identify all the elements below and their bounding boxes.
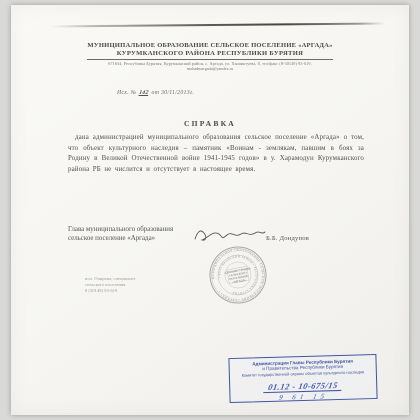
- executor-note: исп. Очирова, специалист сельского посел…: [85, 276, 136, 294]
- official-seal-stamp: МУНИЦИПАЛЬНОЕ ОБРАЗОВАНИЕ СЕЛЬСКОЕ ПОСЕЛ…: [202, 239, 274, 311]
- letterhead-divider: [87, 59, 333, 60]
- reference-number-line: Исх. № 142 от 30/11/2013г.: [117, 90, 194, 96]
- registration-date-handwritten: 9 61 15: [230, 391, 378, 403]
- signer-position-line2: сельское поселение «Аргада»: [68, 235, 173, 244]
- signer-name: Б.Б. Дондупов: [266, 235, 309, 242]
- ref-number-handwritten: 142: [138, 90, 151, 96]
- signature-block: Глава муниципального образования сельско…: [68, 226, 173, 243]
- ref-suffix: от 30/11/2013г.: [152, 90, 195, 96]
- registration-stamp-box: Администрация Главы Республики Бурятия и…: [228, 354, 377, 403]
- ref-prefix: Исх. №: [117, 90, 136, 96]
- registration-number-handwritten: 01.12 - 10-675/15: [263, 380, 343, 393]
- executor-line3: 8 (30149) 93-619: [85, 288, 136, 294]
- letterhead: МУНИЦИПАЛЬНОЕ ОБРАЗОВАНИЕ СЕЛЬСКОЕ ПОСЕЛ…: [11, 42, 409, 71]
- document-body-paragraph: дана администрацией муниципального образ…: [68, 133, 364, 175]
- scan-artifact-line: [49, 23, 385, 28]
- document-page: МУНИЦИПАЛЬНОЕ ОБРАЗОВАНИЕ СЕЛЬСКОЕ ПОСЕЛ…: [11, 5, 409, 415]
- letterhead-line2: КУРУМКАНСКОГО РАЙОНА РЕСПУБЛИКИ БУРЯТИЯ: [11, 50, 409, 58]
- document-title: СПРАВКА: [11, 119, 409, 128]
- letterhead-line1: МУНИЦИПАЛЬНОЕ ОБРАЗОВАНИЕ СЕЛЬСКОЕ ПОСЕЛ…: [11, 42, 409, 50]
- letterhead-email: mokadmargada@yandex.ru: [11, 66, 409, 71]
- scanned-document-view: МУНИЦИПАЛЬНОЕ ОБРАЗОВАНИЕ СЕЛЬСКОЕ ПОСЕЛ…: [0, 0, 420, 420]
- signer-position-line1: Глава муниципального образования: [68, 226, 173, 235]
